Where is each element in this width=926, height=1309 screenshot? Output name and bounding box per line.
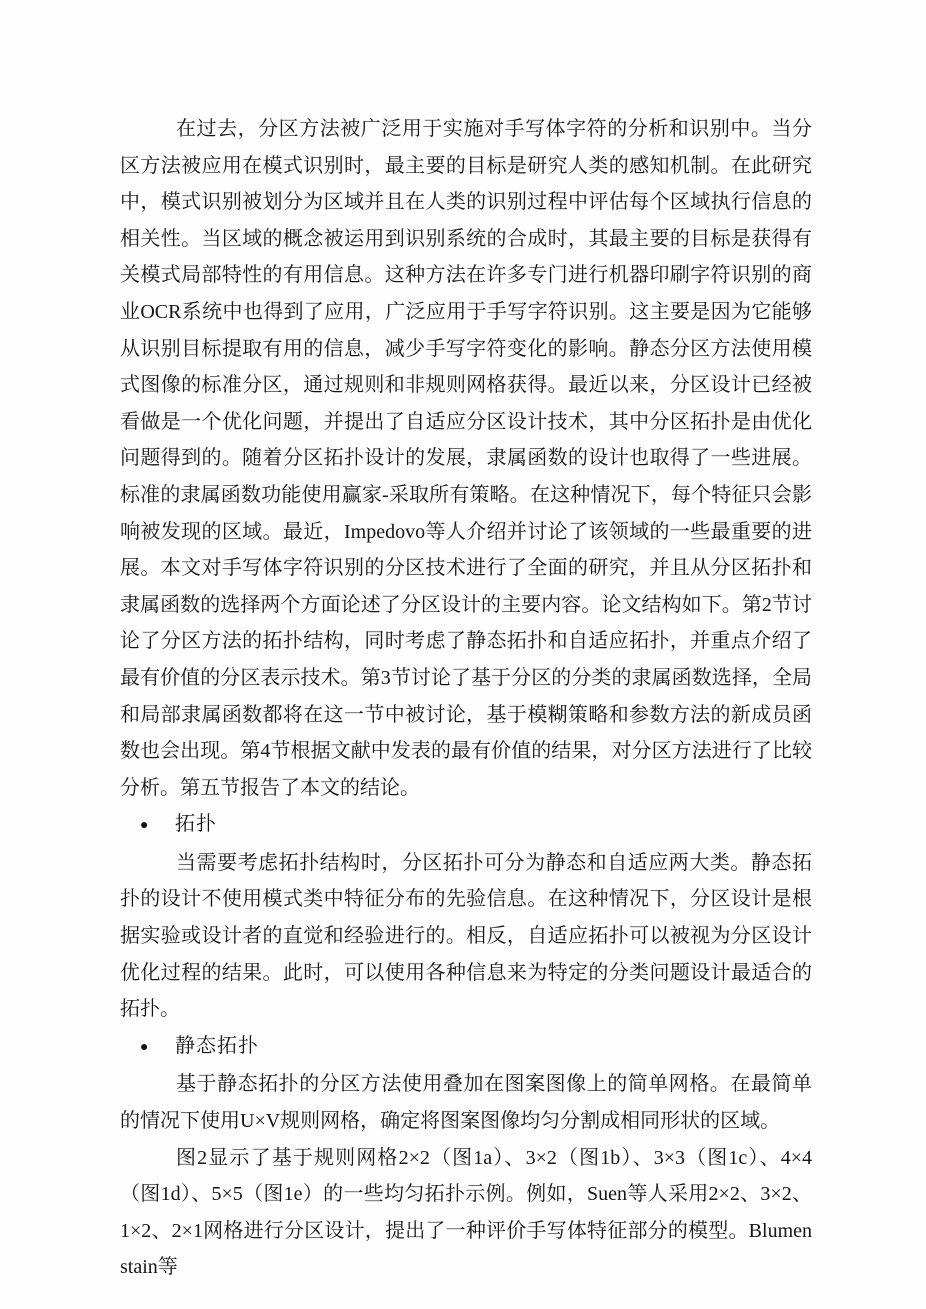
bullet-item-topology: ●拓扑 xyxy=(120,806,812,845)
bullet-icon: ● xyxy=(140,1030,175,1067)
bullet-item-topology-label: 拓扑 xyxy=(175,813,217,835)
bullet-item-static-topology: ●静态拓扑 xyxy=(120,1028,812,1067)
document-page: 在过去，分区方法被广泛用于实施对手写体字符的分析和识别中。当分区方法被应用在模式… xyxy=(0,0,926,1309)
paragraph-introduction: 在过去，分区方法被广泛用于实施对手写体字符的分析和识别中。当分区方法被应用在模式… xyxy=(120,111,812,806)
paragraph-static-topology: 基于静态拓扑的分区方法使用叠加在图案图像上的简单网格。在最简单的情况下使用U×V… xyxy=(120,1066,812,1139)
bullet-item-static-topology-label: 静态拓扑 xyxy=(175,1035,259,1057)
paragraph-topology-overview: 当需要考虑拓扑结构时，分区拓扑可分为静态和自适应两大类。静态拓扑的设计不使用模式… xyxy=(120,845,812,1028)
document-body: 在过去，分区方法被广泛用于实施对手写体字符的分析和识别中。当分区方法被应用在模式… xyxy=(120,111,812,1286)
bullet-icon: ● xyxy=(140,808,175,845)
paragraph-grid-examples: 图2显示了基于规则网格2×2（图1a）、3×2（图1b）、3×3（图1c）、4×… xyxy=(120,1140,812,1286)
